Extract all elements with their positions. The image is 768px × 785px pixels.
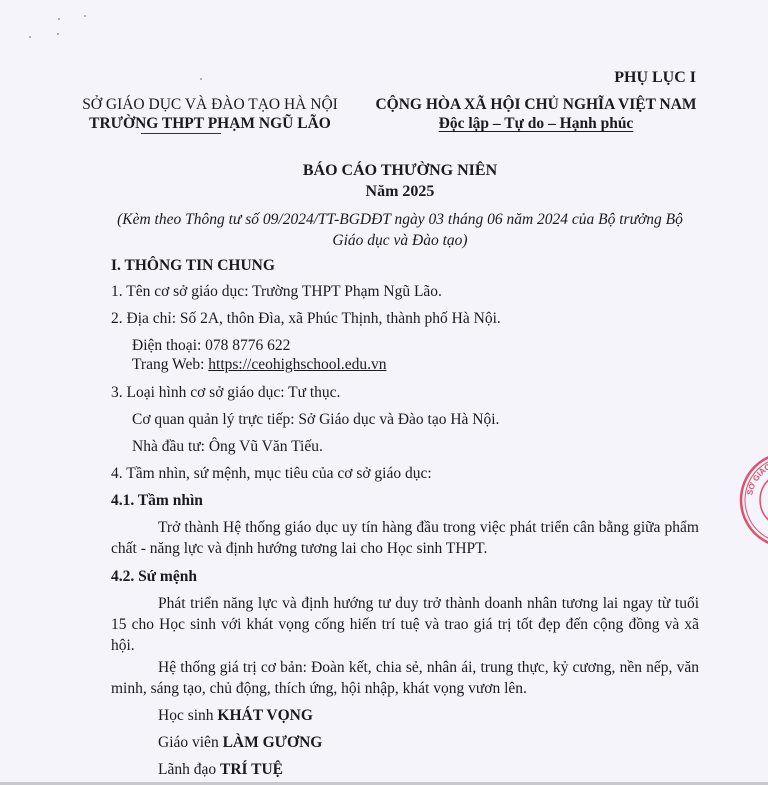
item-school-type: 3. Loại hình cơ sở giáo dục: Tư thục. [111,384,340,402]
report-title-block: BÁO CÁO THƯỜNG NIÊN Năm 2025 [100,160,700,202]
report-title: BÁO CÁO THƯỜNG NIÊN [100,160,700,181]
vision-paragraph: Trở thành Hệ thống giáo dục uy tín hàng … [111,517,699,559]
report-year: Năm 2025 [100,181,700,202]
national-motto: Độc lập – Tự do – Hạnh phúc [439,115,634,132]
website-link[interactable]: https://ceohighschool.edu.vn [208,356,386,373]
svg-text:SỞ GIÁO DỤC VÀ ĐÀO TẠO: SỞ GIÁO DỤC VÀ ĐÀO TẠO [745,457,768,499]
item-vision-mission: 4. Tầm nhìn, sứ mệnh, mục tiêu của cơ sở… [111,465,432,483]
report-reference: (Kèm theo Thông tư số 09/2024/TT-BGDĐT n… [100,209,700,251]
website: Trang Web: https://ceohighschool.edu.vn [132,356,387,374]
item-address: 2. Địa chỉ: Số 2A, thôn Đìa, xã Phúc Thị… [111,310,501,328]
national-header: CỘNG HÒA XÃ HỘI CHỦ NGHĨA VIỆT NAM Độc l… [360,95,712,133]
motto-students: Học sinh KHÁT VỌNG [158,707,313,725]
values-paragraph: Hệ thống giá trị cơ bản: Đoàn kết, chia … [111,657,699,699]
department-name: SỞ GIÁO DỤC VÀ ĐÀO TẠO HÀ NỘI [60,95,360,114]
country-name: CỘNG HÒA XÃ HỘI CHỦ NGHĨA VIỆT NAM [360,95,712,114]
section-heading: I. THÔNG TIN CHUNG [111,257,275,275]
motto-teachers: Giáo viên LÀM GƯƠNG [158,734,322,752]
motto-leaders: Lãnh đạo TRÍ TUỆ [158,761,283,779]
mission-paragraph: Phát triển năng lực và định hướng tư duy… [111,593,699,656]
official-stamp-icon: SỞ GIÁO DỤC VÀ ĐÀO TẠO [738,450,768,550]
school-name: TRƯỜNG THPT PHẠM NGŨ LÃO [60,114,360,133]
school-name-underline [141,133,221,134]
appendix-label: PHỤ LỤC I [614,69,696,87]
document-page: PHỤ LỤC I SỞ GIÁO DỤC VÀ ĐÀO TẠO HÀ NỘI … [0,0,768,785]
issuing-authority: SỞ GIÁO DỤC VÀ ĐÀO TẠO HÀ NỘI TRƯỜNG THP… [60,95,360,133]
website-label: Trang Web: [132,356,208,373]
investor: Nhà đầu tư: Ông Vũ Văn Tiếu. [132,438,323,456]
phone-number: Điện thoại: 078 8776 622 [132,337,290,355]
management-agency: Cơ quan quản lý trực tiếp: Sở Giáo dục v… [132,411,499,429]
mission-heading: 4.2. Sứ mệnh [111,568,197,586]
item-school-name: 1. Tên cơ sở giáo dục: Trường THPT Phạm … [111,283,442,301]
vision-heading: 4.1. Tầm nhìn [111,492,203,510]
